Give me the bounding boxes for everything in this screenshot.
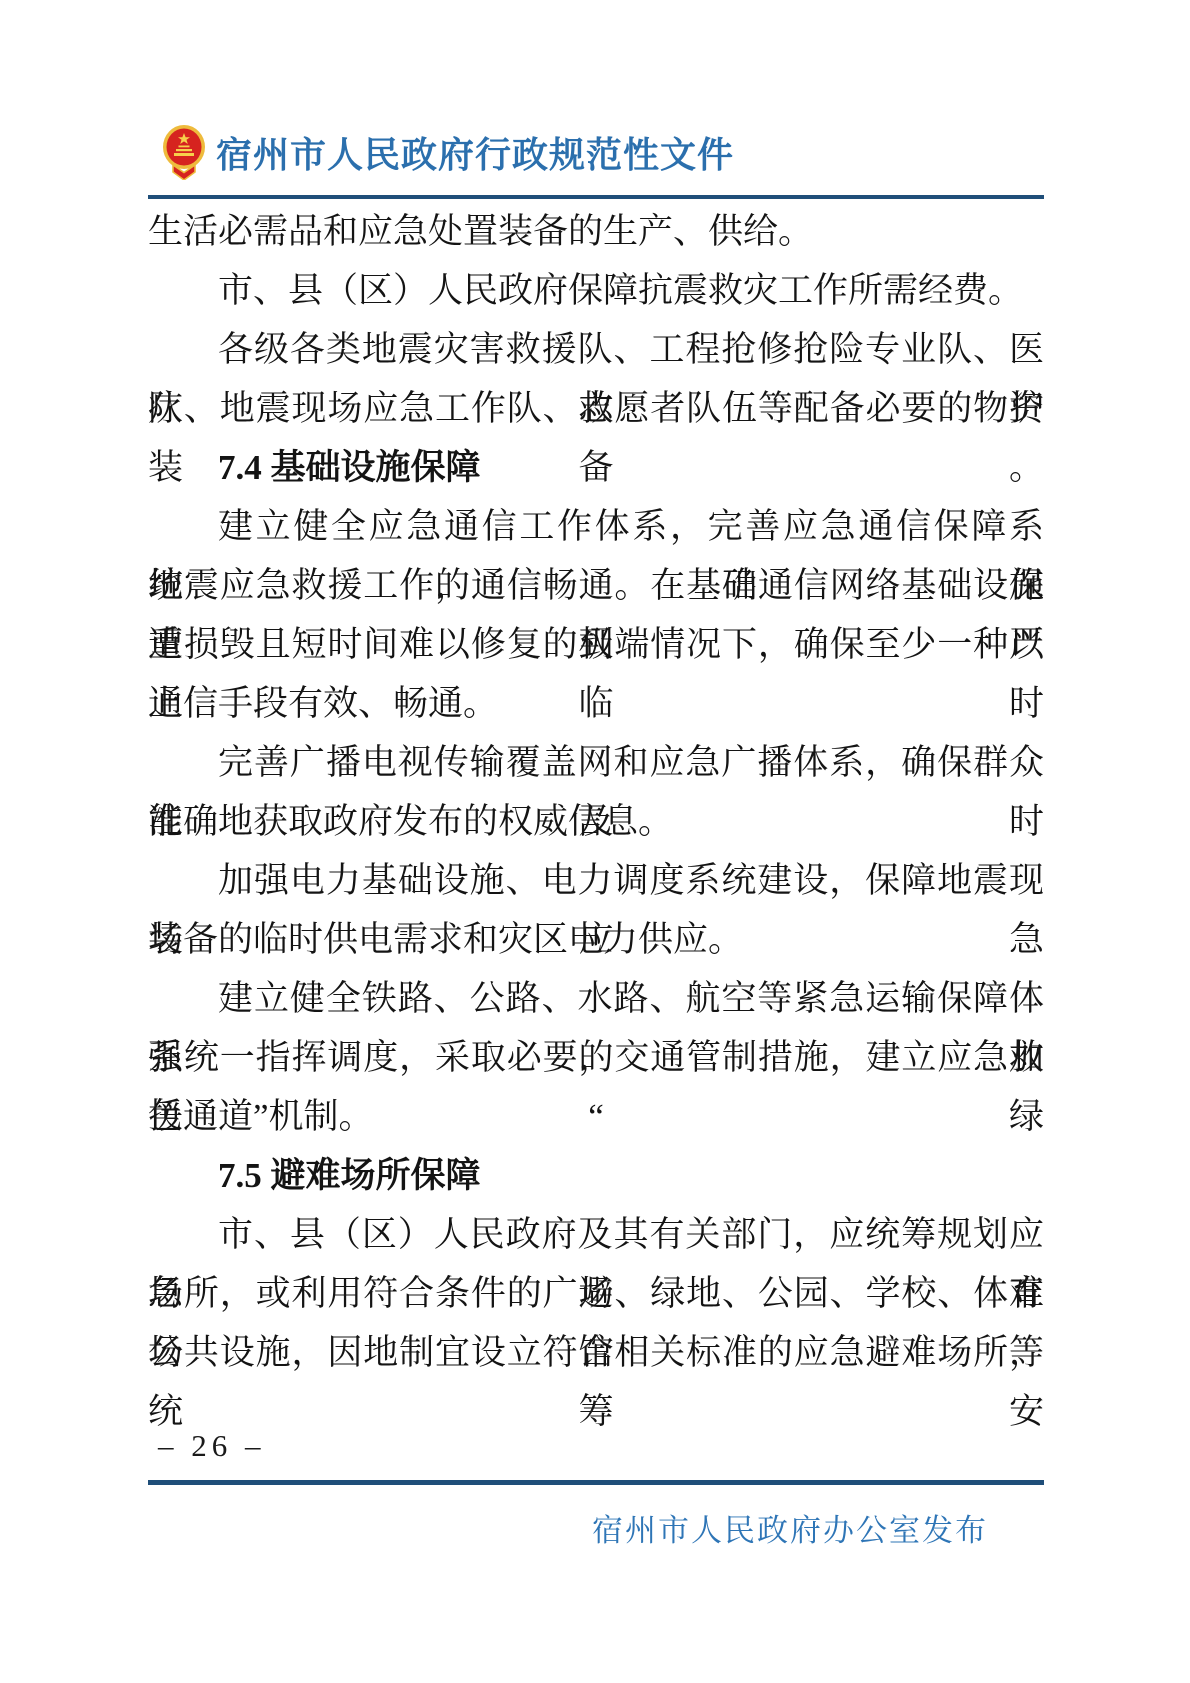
body-line: 各级各类地震灾害救援队、工程抢修抢险专业队、医疗救护	[148, 320, 1044, 379]
footer-divider	[148, 1480, 1044, 1485]
document-page: 宿州市人民政府行政规范性文件 生活必需品和应急处置装备的生产、供给。 市、县（区…	[0, 0, 1190, 1683]
body-line: 加强电力基础设施、电力调度系统建设，保障地震现场应急	[148, 851, 1044, 910]
body-line: 公共设施，因地制宜设立符合相关标准的应急避难场所，统筹安	[148, 1323, 1044, 1382]
body-line: 建立健全应急通信工作体系，完善应急通信保障系统，确保	[148, 497, 1044, 556]
body-line: 队、地震现场应急工作队、志愿者队伍等配备必要的物资装备。	[148, 379, 1044, 438]
body-line: 重损毁且短时间难以修复的极端情况下，确保至少一种以上临时	[148, 615, 1044, 674]
body-line: 地震应急救援工作的通信畅通。在基础通信网络基础设施遭到严	[148, 556, 1044, 615]
body-line: 场所，或利用符合条件的广场、绿地、公园、学校、体育场馆等	[148, 1264, 1044, 1323]
body-line: 完善广播电视传输覆盖网和应急广播体系，确保群众能及时	[148, 733, 1044, 792]
body-line: 生活必需品和应急处置装备的生产、供给。	[148, 202, 1044, 261]
page-number: – 26 –	[158, 1428, 266, 1464]
body-line: 建立健全铁路、公路、水路、航空等紧急运输保障体系，加	[148, 969, 1044, 1028]
section-heading-7-5: 7.5 避难场所保障	[148, 1146, 1044, 1205]
publisher-label: 宿州市人民政府办公室发布	[148, 1505, 1044, 1550]
header-divider	[148, 195, 1044, 199]
body-line: 市、县（区）人民政府保障抗震救灾工作所需经费。	[148, 261, 1044, 320]
body-line: 强统一指挥调度，采取必要的交通管制措施，建立应急救援“绿	[148, 1028, 1044, 1087]
body-line: 市、县（区）人民政府及其有关部门，应统筹规划应急避难	[148, 1205, 1044, 1264]
national-emblem-icon	[162, 124, 206, 180]
document-body: 生活必需品和应急处置装备的生产、供给。 市、县（区）人民政府保障抗震救灾工作所需…	[148, 202, 1044, 1382]
document-header: 宿州市人民政府行政规范性文件	[148, 110, 1044, 194]
header-title: 宿州市人民政府行政规范性文件	[216, 127, 734, 178]
